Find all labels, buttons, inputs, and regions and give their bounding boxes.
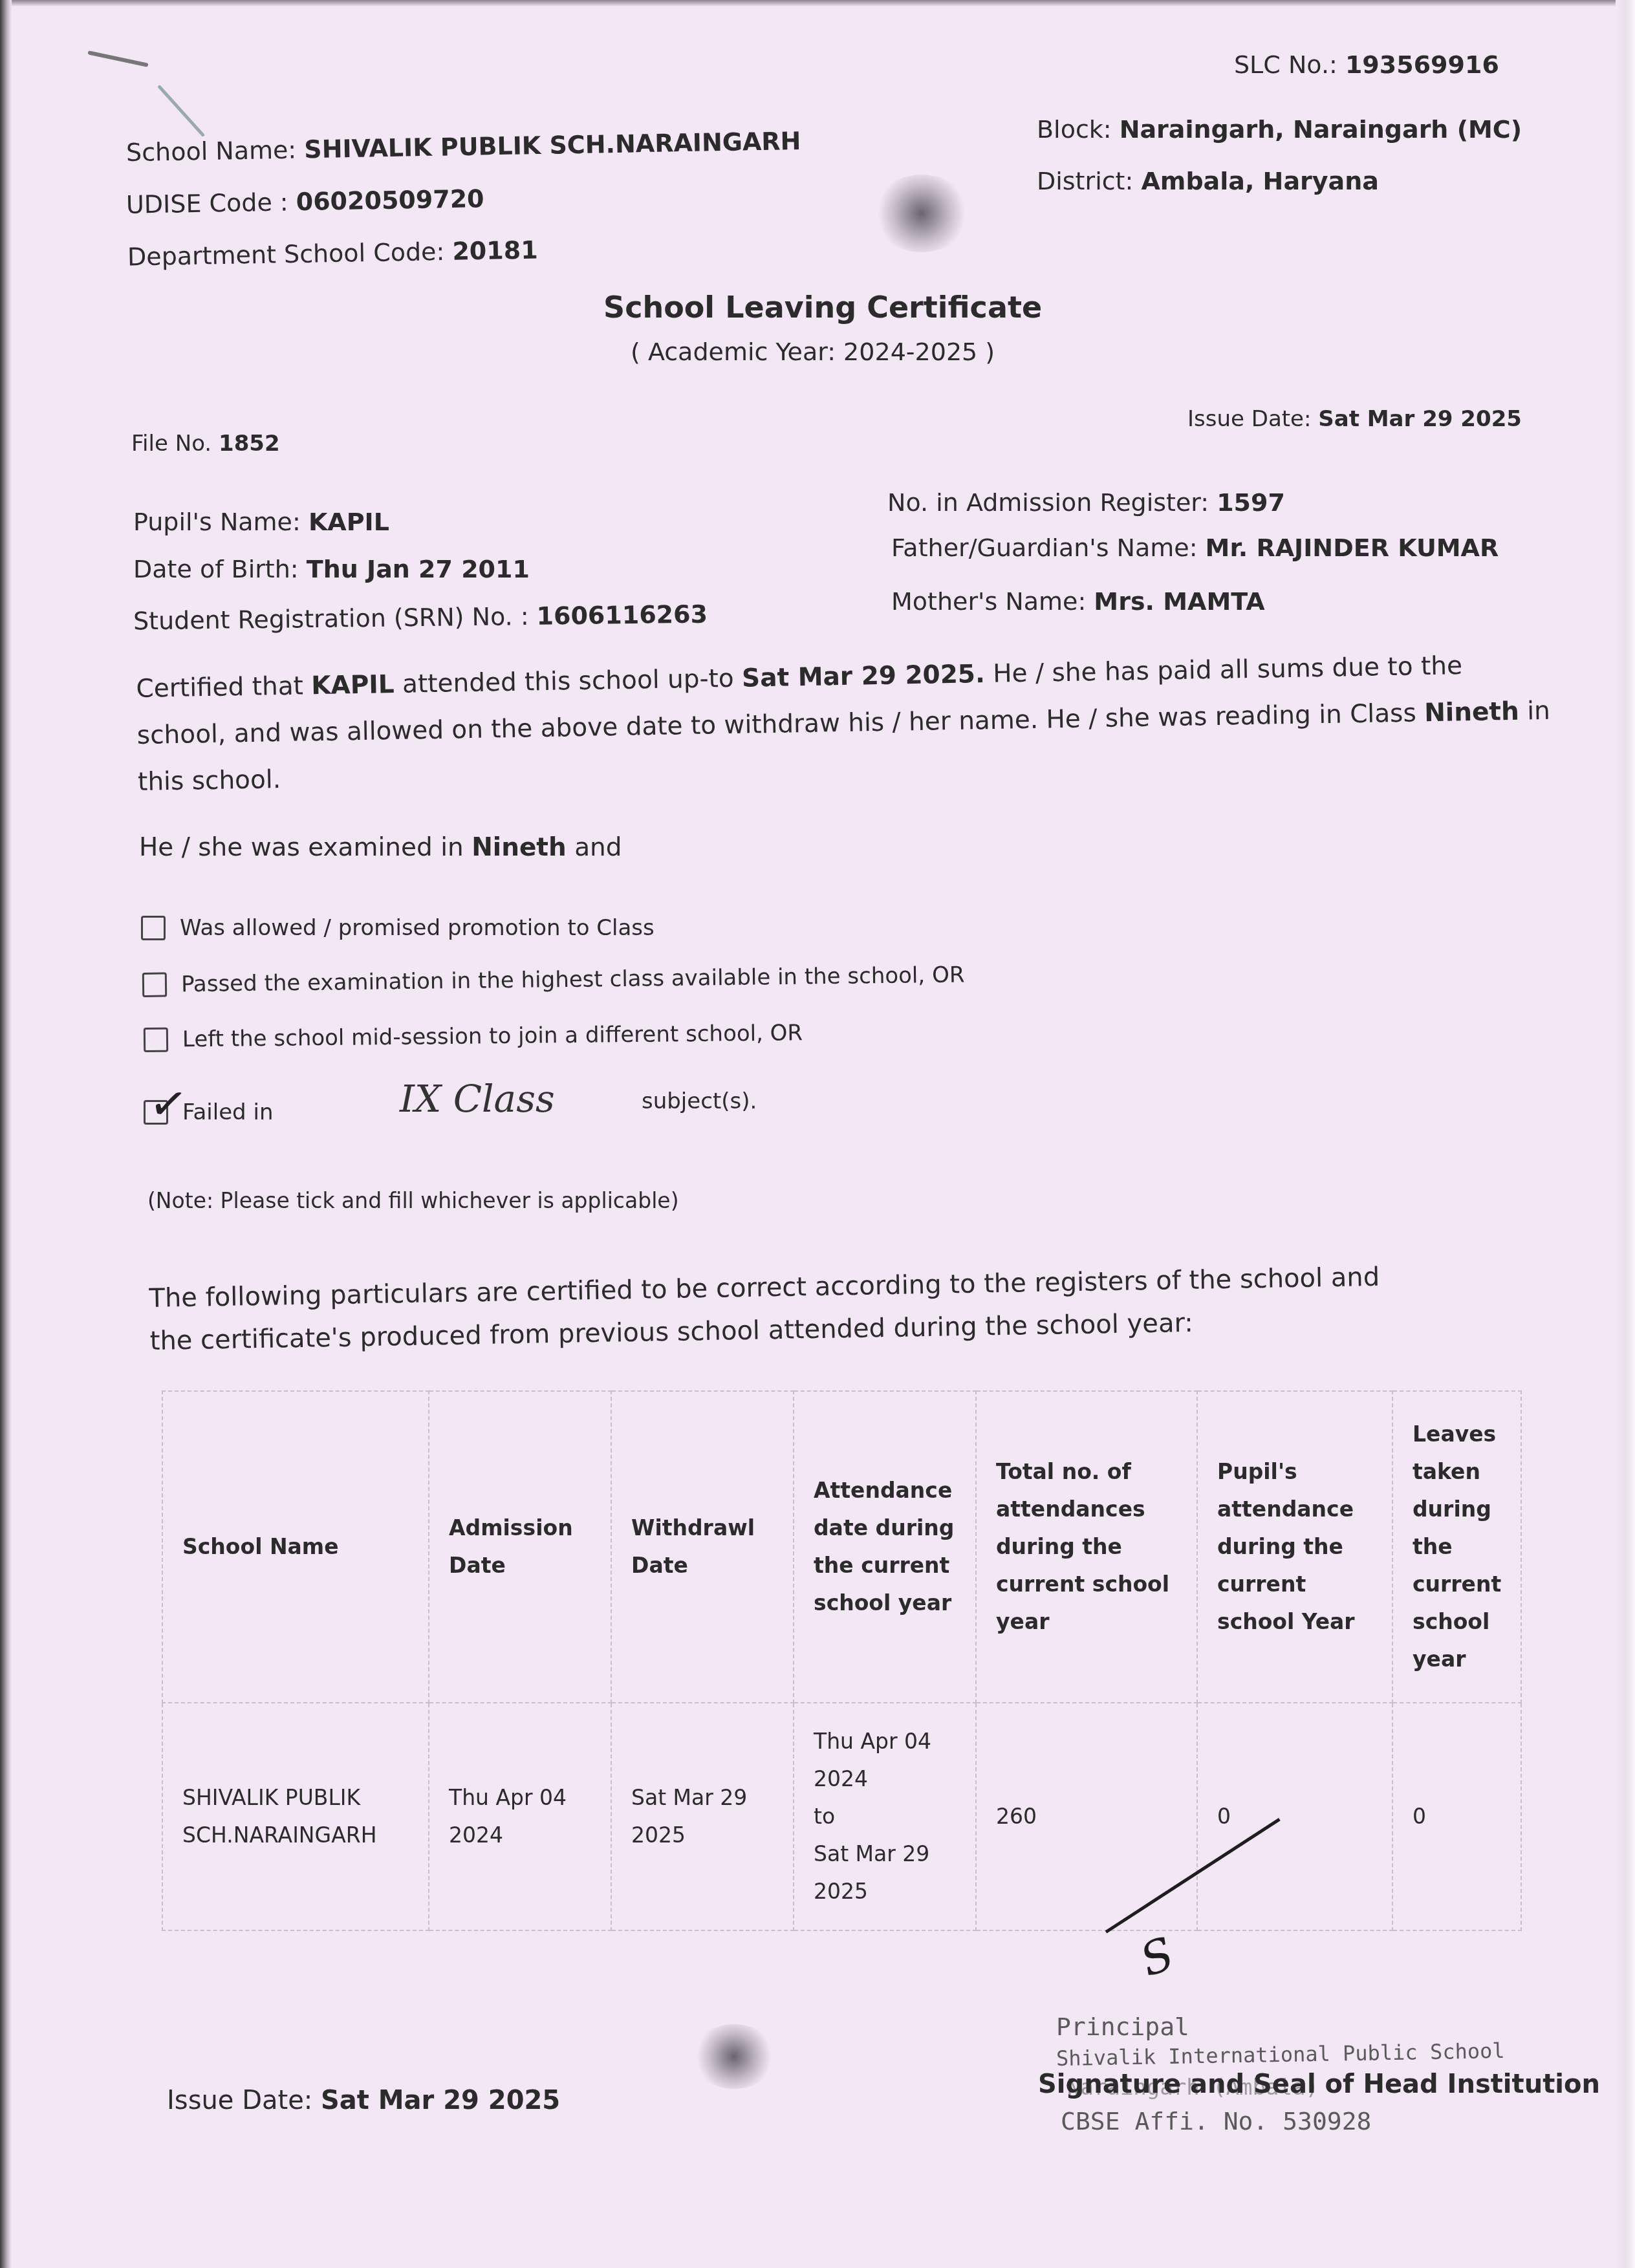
scan-left-edge bbox=[0, 0, 12, 2268]
cert-leaving-date: Sat Mar 29 2025. bbox=[742, 660, 986, 693]
mother-name-value: Mrs. MAMTA bbox=[1094, 587, 1264, 616]
academic-year: ( Academic Year: 2024-2025 ) bbox=[631, 338, 995, 366]
certificate-page: School Name: SHIVALIK PUBLIK SCH.NARAING… bbox=[0, 0, 1635, 2268]
stamp-cbse-affiliation: CBSE Affi. No. 530928 bbox=[1061, 2107, 1371, 2135]
option-left-mid-session[interactable]: Left the school mid-session to join a di… bbox=[144, 1020, 803, 1053]
father-name-line: Father/Guardian's Name: Mr. RAJINDER KUM… bbox=[891, 534, 1499, 562]
principal-signature: S bbox=[1133, 1927, 1180, 1987]
srn-line: Student Registration (SRN) No. : 1606116… bbox=[133, 600, 708, 636]
col-school-name: School Name bbox=[162, 1391, 429, 1703]
col-leaves-taken: Leaves taken during the current school y… bbox=[1392, 1391, 1521, 1703]
issue-date-top-line: Issue Date: Sat Mar 29 2025 bbox=[1187, 406, 1522, 432]
admission-register-line: No. in Admission Register: 1597 bbox=[887, 488, 1285, 517]
date-of-birth-line: Date of Birth: Thu Jan 27 2011 bbox=[133, 555, 530, 583]
school-name-value: SHIVALIK PUBLIK SCH.NARAINGARH bbox=[304, 127, 801, 164]
scan-right-edge bbox=[1616, 0, 1635, 2268]
file-number-value: 1852 bbox=[219, 431, 280, 457]
subjects-suffix: subject(s). bbox=[642, 1088, 757, 1114]
ink-smudge bbox=[873, 175, 970, 252]
scan-top-edge bbox=[0, 0, 1635, 6]
stamp-principal: Principal bbox=[1056, 2013, 1189, 2041]
ink-smudge bbox=[692, 2024, 776, 2089]
certificate-title: School Leaving Certificate bbox=[603, 290, 1042, 325]
tick-note: (Note: Please tick and fill whichever is… bbox=[147, 1188, 679, 1213]
cell-pupil-attendance: 0 bbox=[1197, 1703, 1392, 1930]
cert-pupil-name: KAPIL bbox=[311, 670, 395, 700]
school-name-line: School Name: SHIVALIK PUBLIK SCH.NARAING… bbox=[126, 127, 801, 167]
udise-code-line: UDISE Code : 06020509720 bbox=[126, 184, 484, 219]
block-value: Naraingarh, Naraingarh (MC) bbox=[1120, 115, 1522, 144]
cert-class: Nineth bbox=[1424, 697, 1519, 728]
slc-number-line: SLC No.: 193569916 bbox=[1234, 50, 1499, 79]
option-failed[interactable]: ✓ Failed in bbox=[144, 1099, 273, 1125]
col-total-attendances: Total no. of attendances during the curr… bbox=[976, 1391, 1197, 1703]
cell-school-name: SHIVALIK PUBLIK SCH.NARAINGARH bbox=[162, 1703, 429, 1930]
slc-number-value: 193569916 bbox=[1345, 50, 1499, 79]
certification-paragraph: Certified that KAPIL attended this schoo… bbox=[136, 642, 1561, 806]
staple-pin-icon bbox=[157, 85, 205, 137]
checkmark-icon: ✓ bbox=[146, 1075, 191, 1132]
cell-withdrawal-date: Sat Mar 29 2025 bbox=[611, 1703, 794, 1930]
department-code-value: 20181 bbox=[452, 235, 538, 265]
stamp-school-name: Shivalik International Public School bbox=[1056, 2038, 1505, 2071]
srn-value: 1606116263 bbox=[536, 600, 708, 631]
admission-register-value: 1597 bbox=[1217, 488, 1285, 517]
col-withdrawal-date: Withdrawl Date bbox=[611, 1391, 794, 1703]
table-header-row: School Name Admission Date Withdrawl Dat… bbox=[162, 1391, 1521, 1703]
signature-seal-label: Signature and Seal of Head Institution bbox=[1038, 2069, 1600, 2099]
checkbox-left-mid-session[interactable] bbox=[144, 1028, 168, 1052]
cell-attendance-dates: Thu Apr 04 2024 to Sat Mar 29 2025 bbox=[794, 1703, 976, 1930]
file-number-line: File No. 1852 bbox=[131, 431, 280, 457]
pupil-name-line: Pupil's Name: KAPIL bbox=[133, 508, 389, 536]
mother-name-line: Mother's Name: Mrs. MAMTA bbox=[891, 587, 1265, 616]
col-pupil-attendance: Pupil's attendance during the current sc… bbox=[1197, 1391, 1392, 1703]
date-of-birth-value: Thu Jan 27 2011 bbox=[307, 555, 530, 583]
checkbox-promotion[interactable] bbox=[141, 916, 166, 940]
cell-leaves-taken: 0 bbox=[1392, 1703, 1521, 1930]
father-name-value: Mr. RAJINDER KUMAR bbox=[1206, 534, 1499, 562]
staple-mark-icon bbox=[87, 50, 148, 67]
table-row: SHIVALIK PUBLIK SCH.NARAINGARH Thu Apr 0… bbox=[162, 1703, 1521, 1930]
option-promotion[interactable]: Was allowed / promised promotion to Clas… bbox=[141, 915, 655, 941]
block-line: Block: Naraingarh, Naraingarh (MC) bbox=[1037, 115, 1522, 144]
examined-class: Nineth bbox=[471, 833, 567, 862]
issue-date-top-value: Sat Mar 29 2025 bbox=[1318, 406, 1522, 432]
issue-date-bottom-line: Issue Date: Sat Mar 29 2025 bbox=[167, 2086, 560, 2115]
pupil-name-value: KAPIL bbox=[309, 508, 389, 536]
department-code-line: Department School Code: 20181 bbox=[127, 235, 538, 271]
particulars-table: School Name Admission Date Withdrawl Dat… bbox=[162, 1390, 1522, 1931]
udise-code-value: 06020509720 bbox=[296, 184, 484, 216]
col-admission-date: Admission Date bbox=[429, 1391, 611, 1703]
checkbox-failed[interactable]: ✓ bbox=[144, 1100, 168, 1125]
failed-in-handwritten: IX Class bbox=[400, 1077, 555, 1121]
particulars-intro: The following particulars are certified … bbox=[149, 1255, 1418, 1363]
district-line: District: Ambala, Haryana bbox=[1037, 167, 1379, 195]
option-passed-highest[interactable]: Passed the examination in the highest cl… bbox=[142, 962, 965, 998]
col-attendance-dates: Attendance date during the current schoo… bbox=[794, 1391, 976, 1703]
checkbox-passed-highest[interactable] bbox=[142, 973, 167, 997]
issue-date-bottom-value: Sat Mar 29 2025 bbox=[321, 2086, 560, 2115]
cell-admission-date: Thu Apr 04 2024 bbox=[429, 1703, 611, 1930]
examined-line: He / she was examined in Nineth and bbox=[139, 833, 622, 862]
district-value: Ambala, Haryana bbox=[1141, 167, 1378, 195]
